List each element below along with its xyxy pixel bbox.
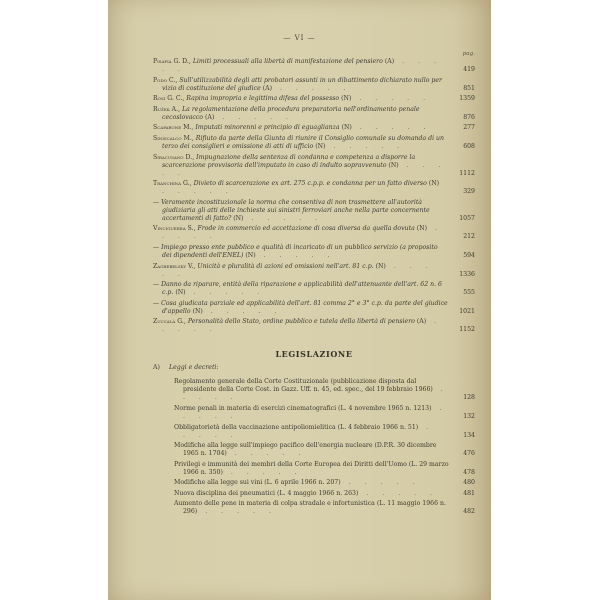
legislation-text-wrap: Nuova disciplina dei pneumatici (L. 4 ma… [159, 490, 449, 498]
legislation-page-number: 482 [449, 508, 475, 516]
legislation-entry: Obbligatorietà della vaccinazione antipo… [159, 424, 475, 440]
index-content: pag. Pisapia G. D., Limiti processuali a… [153, 50, 475, 519]
index-entry: Siniscalco M., Rifiuto da parte della Gi… [153, 135, 475, 151]
entry-title: Imputati minorenni e principio di eguagl… [195, 124, 339, 131]
entry-tag: (N) [245, 252, 255, 259]
legislation-entry: Modifiche alla legge sull'impiego pacifi… [159, 442, 475, 458]
entry-author: — [153, 199, 159, 206]
entry-page-number: 608 [449, 143, 475, 151]
entry-page-number: 419 [449, 66, 475, 74]
entry-page-number: 1112 [449, 170, 475, 178]
leader-dots: . . . . . [325, 143, 405, 150]
entry-page-number: 1057 [449, 215, 475, 223]
entry-page-number: 277 [449, 124, 475, 132]
index-entry: Rosi G. C., Rapina impropria e legittima… [153, 95, 475, 103]
legislation-text-wrap: Aumento delle pene in materia di colpa s… [159, 500, 449, 516]
entry-tag: (N) [429, 180, 439, 187]
legislation-text-wrap: Norme penali in materia di esercizi cine… [159, 405, 449, 421]
entry-author: Zagrebelsky V., [153, 263, 195, 270]
entry-text: Zuccalà G., Personalità dello Stato, ord… [153, 318, 449, 334]
entry-author: Ružek A., [153, 106, 180, 113]
index-entry: Zuccalà G., Personalità dello Stato, ord… [153, 318, 475, 334]
index-entry: Ružek A., La regolamentazione della proc… [153, 106, 475, 122]
leader-dots: . . . . . [186, 289, 266, 296]
entry-tag: (N) [376, 263, 386, 270]
index-entry: Siracusano D., Impugnazione della senten… [153, 154, 475, 178]
entry-author: — [153, 300, 159, 307]
entry-text: Pisapia G. D., Limiti processuali alla l… [153, 58, 449, 74]
entry-text: Rosi G. C., Rapina impropria e legittima… [153, 95, 449, 103]
entry-page-number: 212 [449, 233, 475, 241]
entry-text: Zagrebelsky V., Unicità e pluralità di a… [153, 263, 449, 279]
legislation-text: Modifiche alla legge sui vini (L. 6 apri… [174, 479, 341, 486]
index-entry: Tranchina G., Divieto di scarcerazione e… [153, 180, 475, 196]
leader-dots: . . . . . [162, 188, 234, 195]
entry-tag: (A) [263, 85, 272, 92]
section-title-legislazione: LEGISLAZIONE [153, 350, 475, 358]
entry-author: Rosi G. C., [153, 95, 184, 102]
entry-tag: (N) [341, 95, 351, 102]
index-entry: Pisapia G. D., Limiti processuali alla l… [153, 58, 475, 74]
legislation-text: Obbligatorietà della vaccinazione antipo… [174, 424, 418, 431]
legislation-text-wrap: Regolamento generale della Corte Costitu… [159, 378, 449, 402]
entry-text: — Impiego presso ente pubblico e qualità… [153, 244, 449, 260]
entry-tag: (A) [417, 318, 426, 325]
legislation-page-number: 128 [449, 394, 475, 402]
legislation-text-wrap: Obbligatorietà della vaccinazione antipo… [159, 424, 449, 440]
leader-dots: . . . . . [243, 215, 323, 222]
subsection-heading: A) Leggi e decreti: [153, 364, 475, 372]
index-entry: — Veramente incostituzionale la norma ch… [153, 199, 475, 223]
subsection-letter: A) [153, 364, 167, 372]
legislation-page-number: 476 [449, 450, 475, 458]
entry-tag: (N) [388, 162, 398, 169]
entry-text: Podo C., Sull'utilizzabilità degli atti … [153, 77, 449, 93]
index-entry: Zagrebelsky V., Unicità e pluralità di a… [153, 263, 475, 279]
legislation-text: Nuova disciplina dei pneumatici (L. 4 ma… [174, 490, 358, 497]
legislation-entry: Norme penali in materia di esercizi cine… [159, 405, 475, 421]
entry-text: — Cosa giudicata parziale ed applicabili… [153, 300, 449, 316]
legislation-text: Regolamento generale della Corte Costitu… [174, 378, 433, 393]
entry-title: Rapina impropria e legittima difesa del … [186, 95, 339, 102]
legislation-text-wrap: Privilegi e immunità dei membri della Co… [159, 461, 449, 477]
entry-title: Divieto di scarcerazione ex art. 275 c.p… [194, 180, 427, 187]
index-entry: Podo C., Sull'utilizzabilità degli atti … [153, 77, 475, 93]
entry-tag: (N) [193, 308, 203, 315]
entry-author: Zuccalà G., [153, 318, 186, 325]
entry-author: Podo C., [153, 77, 177, 84]
index-entry: — Cosa giudicata parziale ed applicabili… [153, 300, 475, 316]
legislation-text-wrap: Modifiche alla legge sull'impiego pacifi… [159, 442, 449, 458]
legislation-entry: Regolamento generale della Corte Costitu… [159, 378, 475, 402]
leader-dots: . . . . . [227, 450, 307, 457]
entry-tag: (N) [342, 124, 352, 131]
entry-tag: (A) [385, 58, 394, 65]
legislation-page-number: 478 [449, 469, 475, 477]
leader-dots: . . . . . [197, 508, 277, 515]
pag-label: pag. [153, 50, 475, 58]
index-entry: Scaparone M., Imputati minorenni e princ… [153, 124, 475, 132]
legislation-page-number: 480 [449, 479, 475, 487]
entry-page-number: 1359 [449, 95, 475, 103]
entry-text: Tranchina G., Divieto di scarcerazione e… [153, 180, 449, 196]
legislation-text: Privilegi e immunità dei membri della Co… [174, 461, 449, 476]
legislation-list: Regolamento generale della Corte Costitu… [153, 378, 475, 516]
entry-text: Vinciguerra S., Frode in commercio ed ac… [153, 225, 449, 241]
legislation-page-number: 481 [449, 490, 475, 498]
page-folio: — VI — [108, 34, 491, 42]
entry-author: Vinciguerra S., [153, 225, 196, 232]
entry-title: Unicità e pluralità di azioni ed omissio… [197, 263, 373, 270]
entry-author: Pisapia G. D., [153, 58, 191, 65]
entry-tag: (N) [315, 143, 325, 150]
index-entry: Vinciguerra S., Frode in commercio ed ac… [153, 225, 475, 241]
entry-author: — [153, 281, 159, 288]
entry-title: Personalità dello Stato, ordine pubblico… [188, 318, 415, 325]
legislation-entry: Aumento delle pene in materia di colpa s… [159, 500, 475, 516]
legislation-entry: Nuova disciplina dei pneumatici (L. 4 ma… [159, 490, 475, 498]
entry-author: Scaparone M., [153, 124, 193, 131]
entry-text: — Danno da riparare, entità della ripara… [153, 281, 449, 297]
leader-dots: . . . . . [352, 124, 432, 131]
entry-author: — [153, 244, 159, 251]
author-index-list: Pisapia G. D., Limiti processuali alla l… [153, 58, 475, 334]
entry-title: Impugnazione della sentenza di condanna … [162, 154, 415, 169]
entry-title: Limiti processuali alla libertà di manif… [193, 58, 383, 65]
entry-author: Siracusano D., [153, 154, 194, 161]
entry-page-number: 851 [449, 85, 475, 93]
entry-page-number: 555 [449, 289, 475, 297]
entry-page-number: 1336 [449, 271, 475, 279]
legislation-page-number: 132 [449, 413, 475, 421]
leader-dots: . . . . . [256, 252, 336, 259]
entry-page-number: 1021 [449, 308, 475, 316]
leader-dots: . . . . . [203, 308, 283, 315]
index-entry: — Danno da riparare, entità della ripara… [153, 281, 475, 297]
book-page: — VI — pag. Pisapia G. D., Limiti proces… [108, 0, 491, 600]
entry-page-number: 329 [449, 188, 475, 196]
subsection-label: Leggi e decreti: [169, 364, 219, 371]
entry-text: Ružek A., La regolamentazione della proc… [153, 106, 449, 122]
leader-dots: . . . . . [351, 95, 431, 102]
entry-tag: (N) [417, 225, 427, 232]
legislation-text: Norme penali in materia di esercizi cine… [174, 405, 432, 412]
leader-dots: . . . . . [341, 479, 421, 486]
leader-dots: . . . . . [223, 469, 303, 476]
entry-text: Siniscalco M., Rifiuto da parte della Gi… [153, 135, 449, 151]
entry-text: Siracusano D., Impugnazione della senten… [153, 154, 449, 178]
entry-page-number: 594 [449, 252, 475, 260]
entry-title: Frode in commercio ed accettazione di co… [197, 225, 414, 232]
index-entry: — Impiego presso ente pubblico e qualità… [153, 244, 475, 260]
entry-text: Scaparone M., Imputati minorenni e princ… [153, 124, 449, 132]
legislation-entry: Privilegi e immunità dei membri della Co… [159, 461, 475, 477]
leader-dots: . . . . . [272, 85, 352, 92]
entry-page-number: 1152 [449, 326, 475, 334]
entry-author: Tranchina G., [153, 180, 192, 187]
leader-dots: . . . . . [358, 490, 438, 497]
entry-tag: (N) [175, 289, 185, 296]
legislation-entry: Modifiche alla legge sui vini (L. 6 apri… [159, 479, 475, 487]
leader-dots: . . . . . [214, 114, 294, 121]
entry-page-number: 876 [449, 114, 475, 122]
entry-author: Siniscalco M., [153, 135, 194, 142]
entry-text: — Veramente incostituzionale la norma ch… [153, 199, 449, 223]
legislation-text-wrap: Modifiche alla legge sui vini (L. 6 apri… [159, 479, 449, 487]
entry-tag: (A) [205, 114, 214, 121]
entry-tag: (N) [233, 215, 243, 222]
legislation-page-number: 134 [449, 432, 475, 440]
